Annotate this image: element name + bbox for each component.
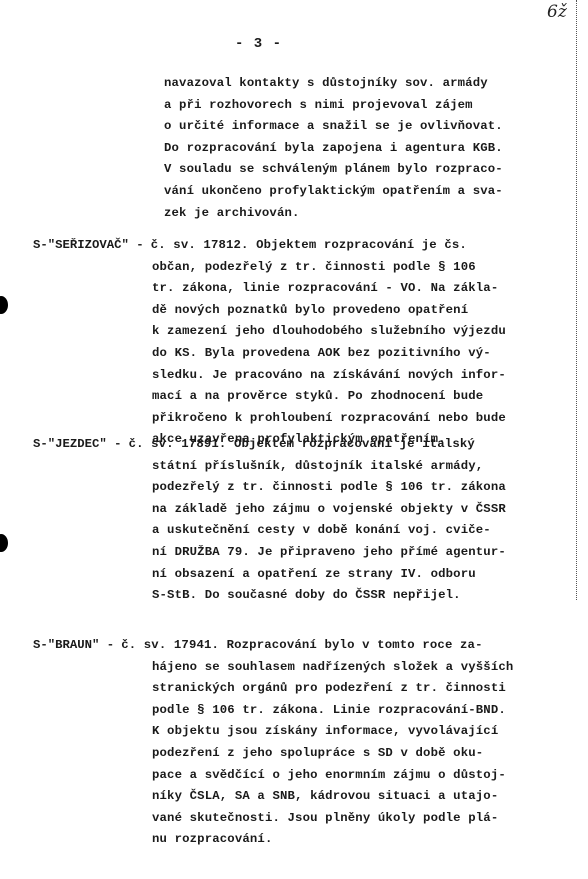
text-line: podezřelý z tr. činnosti podle § 106 tr.… xyxy=(152,480,506,494)
punch-hole-icon xyxy=(0,296,8,314)
text-line: S-StB. Do současné doby do ČSSR nepřijel… xyxy=(152,588,461,602)
case-codename-label: S-"JEZDEC" - xyxy=(33,437,122,451)
text-line: K objektu jsou získány informace, vyvolá… xyxy=(152,724,498,738)
text-line: pace a svědčící o jeho enormním zájmu o … xyxy=(152,768,506,782)
document-page: 6ž - 3 - navazoval kontakty s důstojníky… xyxy=(0,0,588,879)
text-line: vání ukončeno profylaktickým opatřením a… xyxy=(164,184,503,198)
text-line: mací a na prověrce styků. Po zhodnocení … xyxy=(152,389,483,403)
page-edge-divider xyxy=(576,0,577,600)
text-line: sledku. Je pracováno na získávání nových… xyxy=(152,368,506,382)
text-line: přikročeno k prohloubení rozpracování ne… xyxy=(152,411,506,425)
text-line: a při rozhovorech s nimi projevoval záje… xyxy=(164,98,473,112)
text-line: navazoval kontakty s důstojníky sov. arm… xyxy=(164,76,488,90)
text-line: státní příslušník, důstojník italské arm… xyxy=(152,459,483,473)
text-line: Do rozpracování byla zapojena i agentura… xyxy=(164,141,503,155)
text-line: stranických orgánů pro podezření z tr. č… xyxy=(152,681,506,695)
text-line: zek je archivován. xyxy=(164,206,300,220)
handwritten-page-mark: 6ž xyxy=(547,2,567,22)
page-number: - 3 - xyxy=(235,36,282,52)
text-line: č. sv. 17812. Objektem rozpracování je č… xyxy=(151,238,467,252)
case-codename-label: S-"SEŘIZOVAČ" - xyxy=(33,238,144,252)
text-line: ní obsazení a opatření ze strany IV. odb… xyxy=(152,567,476,581)
text-line: podezření z jeho spolupráce s SD v době … xyxy=(152,746,483,760)
text-line: V souladu se schváleným plánem bylo rozp… xyxy=(164,162,503,176)
text-line: k zamezení jeho dlouhodobého služebního … xyxy=(152,324,506,338)
text-line: níky ČSLA, SA a SNB, kádrovou situaci a … xyxy=(152,789,498,803)
text-line: o určité informace a snažil se je ovlivň… xyxy=(164,119,503,133)
text-line: vané skutečnosti. Jsou plněny úkoly podl… xyxy=(152,811,498,825)
punch-hole-icon xyxy=(0,534,8,552)
text-line: nu rozpracování. xyxy=(152,832,272,846)
text-line: občan, podezřelý z tr. činnosti podle § … xyxy=(152,260,476,274)
text-line: a uskutečnění cesty v době konání voj. c… xyxy=(152,523,491,537)
text-line: ní DRUŽBA 79. Je připraveno jeho přímé a… xyxy=(152,545,506,559)
text-line: hájeno se souhlasem nadřízených složek a… xyxy=(152,660,513,674)
text-line: do KS. Byla provedena AOK bez pozitivníh… xyxy=(152,346,491,360)
case-codename-label: S-"BRAUN" - xyxy=(33,638,114,652)
text-line: č. sv. 17891. Objektem rozpracování je i… xyxy=(129,437,475,451)
text-line: dě nových poznatků bylo provedeno opatře… xyxy=(152,303,468,317)
text-line: na základě jeho zájmu o vojenské objekty… xyxy=(152,502,506,516)
text-line: podle § 106 tr. zákona. Linie rozpracová… xyxy=(152,703,506,717)
text-line: tr. zákona, linie rozpracování - VO. Na … xyxy=(152,281,498,295)
text-line: č. sv. 17941. Rozpracování bylo v tomto … xyxy=(121,638,482,652)
